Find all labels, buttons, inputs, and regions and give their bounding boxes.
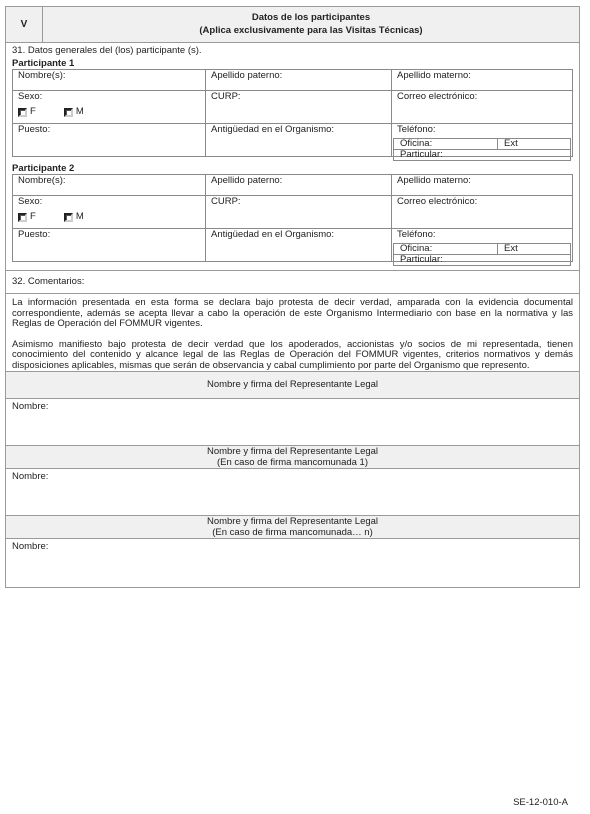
signature-3-title: Nombre y firma del Representante Legal	[6, 516, 579, 527]
curp-label: CURP:	[211, 91, 241, 102]
sexo-m-label: M	[76, 211, 84, 223]
apellido-paterno-label: Apellido paterno:	[211, 70, 282, 81]
signature-1-field[interactable]: Nombre:	[6, 399, 579, 446]
correo-field[interactable]: Correo electrónico:	[392, 91, 572, 123]
nombre-label: Nombre(s):	[18, 175, 66, 186]
question-31: 31. Datos generales del (los) participan…	[6, 43, 579, 58]
participant-2-table: Nombre(s): Apellido paterno: Apellido ma…	[12, 174, 573, 262]
signature-2-header: Nombre y firma del Representante Legal (…	[6, 446, 579, 469]
correo-field[interactable]: Correo electrónico:	[392, 196, 572, 228]
puesto-label: Puesto:	[18, 229, 50, 240]
sexo-f-label: F	[30, 106, 36, 118]
ext-label: Ext	[504, 243, 518, 254]
signature-3-name-label: Nombre:	[12, 541, 48, 552]
section-title-line1: Datos de los participantes	[43, 11, 579, 24]
sexo-m-label: M	[76, 106, 84, 118]
participants-form: V Datos de los participantes (Aplica exc…	[5, 6, 580, 588]
question-32-comentarios[interactable]: 32. Comentarios:	[6, 271, 579, 294]
telefono-table: Oficina: Ext Particular:	[393, 138, 571, 161]
antiguedad-label: Antigüedad en el Organismo:	[211, 124, 334, 135]
antiguedad-label: Antigüedad en el Organismo:	[211, 229, 334, 240]
section-header: V Datos de los participantes (Aplica exc…	[6, 7, 579, 43]
signature-2-title: Nombre y firma del Representante Legal	[6, 446, 579, 457]
sexo-m-checkbox[interactable]: M	[64, 106, 84, 118]
section-title-line2: (Aplica exclusivamente para las Visitas …	[43, 24, 579, 37]
telefono-label: Teléfono:	[397, 124, 567, 136]
oficina-field[interactable]: Oficina:	[394, 139, 498, 149]
ext-field[interactable]: Ext	[498, 244, 518, 254]
participant-2-label: Participante 2	[6, 163, 579, 174]
oficina-label: Oficina:	[400, 243, 432, 254]
telefono-field: Teléfono: Oficina: Ext Particular:	[392, 124, 572, 156]
section-number: V	[6, 7, 43, 42]
sexo-f-checkbox[interactable]: F	[18, 211, 36, 223]
nombre-field[interactable]: Nombre(s):	[13, 175, 206, 195]
correo-label: Correo electrónico:	[397, 91, 477, 102]
telefono-field: Teléfono: Oficina: Ext Particular:	[392, 229, 572, 261]
sexo-field: Sexo: F M	[13, 196, 206, 228]
section-title: Datos de los participantes (Aplica exclu…	[43, 7, 579, 42]
correo-label: Correo electrónico:	[397, 196, 477, 207]
puesto-field[interactable]: Puesto:	[13, 229, 206, 261]
checkbox-icon	[64, 108, 73, 117]
sexo-label: Sexo:	[18, 91, 200, 103]
sexo-f-checkbox[interactable]: F	[18, 106, 36, 118]
particular-label: Particular:	[400, 149, 443, 160]
particular-field[interactable]: Particular:	[394, 255, 443, 265]
apellido-materno-label: Apellido materno:	[397, 70, 471, 81]
signature-3-subtitle: (En caso de firma mancomunada… n)	[6, 527, 579, 538]
apellido-materno-field[interactable]: Apellido materno:	[392, 175, 572, 195]
particular-label: Particular:	[400, 254, 443, 265]
sexo-label: Sexo:	[18, 196, 200, 208]
declaration-paragraph-2: Asimismo manifiesto bajo protesta de dec…	[12, 340, 573, 372]
signature-1-name-label: Nombre:	[12, 401, 48, 412]
signature-2-subtitle: (En caso de firma mancomunada 1)	[6, 457, 579, 468]
participant-1-label: Participante 1	[6, 58, 579, 69]
sexo-m-checkbox[interactable]: M	[64, 211, 84, 223]
puesto-label: Puesto:	[18, 124, 50, 135]
telefono-table: Oficina: Ext Particular:	[393, 243, 571, 266]
curp-label: CURP:	[211, 196, 241, 207]
ext-label: Ext	[504, 138, 518, 149]
curp-field[interactable]: CURP:	[206, 91, 392, 123]
apellido-materno-field[interactable]: Apellido materno:	[392, 70, 572, 90]
apellido-paterno-field[interactable]: Apellido paterno:	[206, 175, 392, 195]
ext-field[interactable]: Ext	[498, 139, 518, 149]
participant-1-table: Nombre(s): Apellido paterno: Apellido ma…	[12, 69, 573, 157]
oficina-label: Oficina:	[400, 138, 432, 149]
particular-field[interactable]: Particular:	[394, 150, 443, 160]
curp-field[interactable]: CURP:	[206, 196, 392, 228]
signature-1-title: Nombre y firma del Representante Legal	[207, 379, 378, 390]
checkbox-icon	[18, 108, 27, 117]
nombre-label: Nombre(s):	[18, 70, 66, 81]
apellido-paterno-field[interactable]: Apellido paterno:	[206, 70, 392, 90]
apellido-paterno-label: Apellido paterno:	[211, 175, 282, 186]
checkbox-icon	[64, 213, 73, 222]
checkbox-icon	[18, 213, 27, 222]
apellido-materno-label: Apellido materno:	[397, 175, 471, 186]
sexo-f-label: F	[30, 211, 36, 223]
declaration-paragraph-1: La información presentada en esta forma …	[12, 298, 573, 330]
signature-2-name-label: Nombre:	[12, 471, 48, 482]
signature-1-header: Nombre y firma del Representante Legal	[6, 372, 579, 399]
sexo-field: Sexo: F M	[13, 91, 206, 123]
oficina-field[interactable]: Oficina:	[394, 244, 498, 254]
signature-3-header: Nombre y firma del Representante Legal (…	[6, 516, 579, 539]
puesto-field[interactable]: Puesto:	[13, 124, 206, 156]
nombre-field[interactable]: Nombre(s):	[13, 70, 206, 90]
declaration-text: La información presentada en esta forma …	[6, 294, 579, 372]
signature-2-field[interactable]: Nombre:	[6, 469, 579, 516]
antiguedad-field[interactable]: Antigüedad en el Organismo:	[206, 124, 392, 156]
telefono-label: Teléfono:	[397, 229, 567, 241]
antiguedad-field[interactable]: Antigüedad en el Organismo:	[206, 229, 392, 261]
form-code: SE-12-010-A	[513, 797, 568, 808]
signature-3-field[interactable]: Nombre:	[6, 539, 579, 587]
